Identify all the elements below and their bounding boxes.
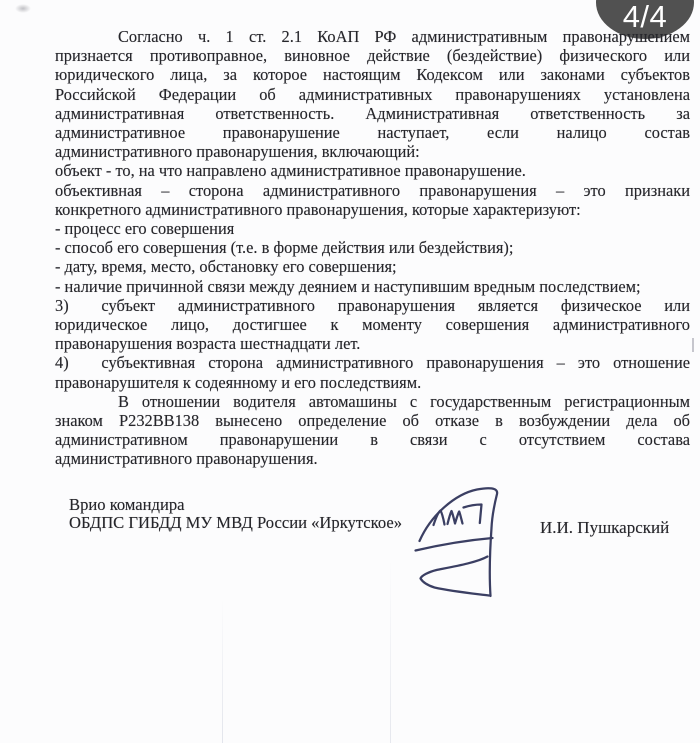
document-line: правонарушения возраста шестнадцати лет. [55,334,690,353]
document-line: административного правонарушения. [55,449,690,468]
document-line: 3) субъект административного правонаруше… [55,296,690,315]
document-line: Согласно ч. 1 ст. 2.1 КоАП РФ администра… [55,27,690,46]
signatory-name: И.И. Пушкарский [540,518,669,538]
document-body: Согласно ч. 1 ст. 2.1 КоАП РФ администра… [55,27,690,469]
document-line: В отношении водителя автомашины с госуда… [55,392,690,411]
document-line: юридического лица, за которое настоящим … [55,65,690,84]
document-line: 4) субъективная сторона административног… [55,353,690,372]
paper-fold-line [390,558,391,743]
document-line: юридическое лицо, достигшее к моменту со… [55,315,690,334]
document-line: - способ его совершения (т.е. в форме де… [55,238,690,257]
scan-speck [15,4,31,13]
signatory-title-line: Врио командира [69,496,402,514]
scanned-document-page: 4/4 Согласно ч. 1 ст. 2.1 КоАП РФ админи… [0,0,700,743]
document-line: объективная – сторона административного … [55,181,690,200]
signatory-block: Врио командира ОБДПС ГИБДД МУ МВД России… [69,496,402,532]
document-line: конкретного административного правонаруш… [55,200,690,219]
document-line: - дату, время, место, обстановку его сов… [55,257,690,276]
scan-edge-mark [692,338,694,352]
document-line: признается противоправное, виновное дейс… [55,46,690,65]
document-line: административного правонарушения, включа… [55,142,690,161]
document-line: Российской Федерации об административных… [55,85,690,104]
document-line: административная ответственность. Админи… [55,104,690,123]
signatory-org-line: ОБДПС ГИБДД МУ МВД России «Иркутское» [69,514,402,532]
signature-ink [405,478,510,606]
document-line: административное правонарушение наступае… [55,123,690,142]
document-line: - процесс его совершения [55,219,690,238]
document-line: административном правонарушении в связи … [55,430,690,449]
document-line: - наличие причинной связи между деянием … [55,277,690,296]
document-line: объект - то, на что направлено администр… [55,161,690,180]
document-line: правонарушителя к содеянному и его после… [55,373,690,392]
document-line: знаком Р232ВВ138 вынесено определение об… [55,411,690,430]
paper-fold-line [222,598,223,743]
